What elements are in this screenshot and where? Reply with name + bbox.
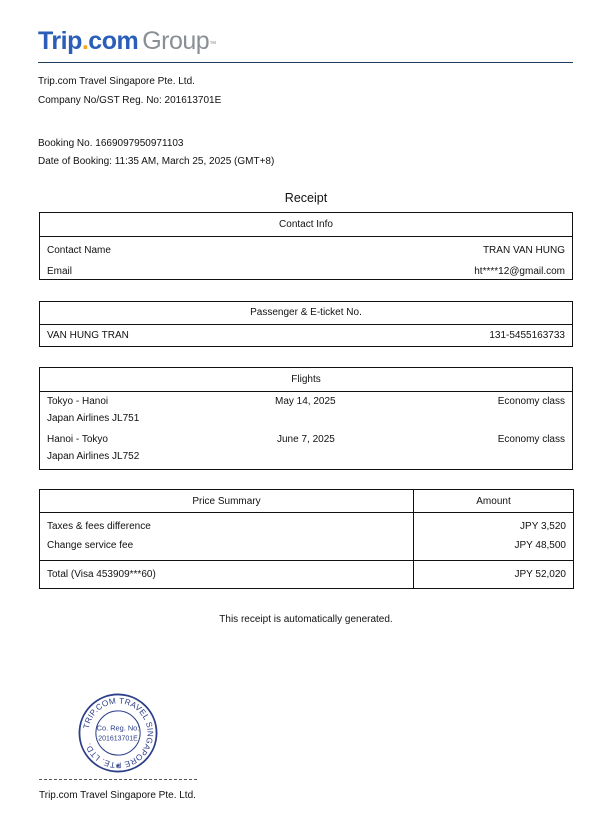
signature-company-name: Trip.com Travel Singapore Pte. Ltd. bbox=[39, 790, 196, 801]
email-value: ht****12@gmail.com bbox=[474, 262, 565, 281]
total-label: Total (Visa 453909***60) bbox=[40, 561, 414, 588]
flights-header: Flights bbox=[40, 368, 572, 392]
svg-text:201613701E: 201613701E bbox=[98, 735, 138, 742]
eticket-number: 131-5455163733 bbox=[489, 325, 565, 347]
booking-number: Booking No. 1669097950971103 bbox=[38, 138, 184, 150]
svg-text:★: ★ bbox=[115, 761, 121, 769]
contact-name-row: Contact Name TRAN VAN HUNG bbox=[40, 241, 572, 260]
logo-brand-suffix: com bbox=[88, 27, 138, 55]
logo-trademark: ™ bbox=[209, 41, 216, 48]
email-row: Email ht****12@gmail.com bbox=[40, 262, 572, 281]
flight-item: Tokyo - Hanoi May 14, 2025 Economy class… bbox=[40, 392, 572, 430]
flight-number: Japan Airlines JL752 bbox=[47, 451, 139, 462]
signature-line bbox=[39, 779, 197, 780]
flights-section: Flights Tokyo - Hanoi May 14, 2025 Econo… bbox=[39, 367, 573, 470]
passenger-header: Passenger & E-ticket No. bbox=[40, 302, 572, 325]
price-item-amount: JPY 48,500 bbox=[414, 536, 573, 555]
trip-com-group-logo: Trip.comGroup™ bbox=[38, 26, 216, 56]
price-amounts: JPY 3,520 JPY 48,500 bbox=[414, 513, 573, 561]
passenger-name: VAN HUNG TRAN bbox=[47, 325, 129, 347]
price-items: Taxes & fees difference Change service f… bbox=[40, 513, 414, 561]
email-label: Email bbox=[47, 262, 72, 281]
total-amount: JPY 52,020 bbox=[414, 561, 573, 588]
passenger-section: Passenger & E-ticket No. VAN HUNG TRAN 1… bbox=[39, 301, 573, 347]
contact-name-value: TRAN VAN HUNG bbox=[483, 241, 565, 260]
logo-brand: Trip bbox=[38, 27, 82, 55]
receipt-title: Receipt bbox=[0, 191, 589, 205]
price-item-label: Taxes & fees difference bbox=[40, 517, 413, 536]
passenger-row: VAN HUNG TRAN 131-5455163733 bbox=[40, 325, 572, 347]
auto-generated-note: This receipt is automatically generated. bbox=[0, 614, 589, 625]
flight-route: Hanoi - Tokyo bbox=[47, 434, 108, 445]
logo-group: Group bbox=[142, 27, 209, 55]
svg-text:Co. Reg. No:: Co. Reg. No: bbox=[97, 724, 140, 733]
price-summary-header: Price Summary bbox=[40, 490, 414, 513]
flight-date: May 14, 2025 bbox=[275, 396, 336, 407]
price-summary-table: Price Summary Amount Taxes & fees differ… bbox=[39, 489, 574, 589]
flight-class: Economy class bbox=[498, 434, 565, 445]
booking-date: Date of Booking: 11:35 AM, March 25, 202… bbox=[38, 156, 274, 168]
price-item-label: Change service fee bbox=[40, 536, 413, 555]
contact-name-label: Contact Name bbox=[47, 241, 111, 260]
header-divider bbox=[38, 62, 573, 63]
amount-header: Amount bbox=[414, 490, 573, 513]
flight-item: Hanoi - Tokyo June 7, 2025 Economy class… bbox=[40, 430, 572, 468]
flight-route: Tokyo - Hanoi bbox=[47, 396, 108, 407]
flight-number: Japan Airlines JL751 bbox=[47, 413, 139, 424]
company-reg-no: Company No/GST Reg. No: 201613701E bbox=[38, 95, 221, 107]
flight-class: Economy class bbox=[498, 396, 565, 407]
svg-text:TRIP.COM TRAVEL SINGAPORE PTE.: TRIP.COM TRAVEL SINGAPORE PTE. LTD. bbox=[82, 696, 155, 769]
company-stamp-icon: TRIP.COM TRAVEL SINGAPORE PTE. LTD. Co. … bbox=[77, 692, 159, 774]
contact-info-header: Contact Info bbox=[40, 213, 572, 237]
contact-info-section: Contact Info Contact Name TRAN VAN HUNG … bbox=[39, 212, 573, 280]
company-name: Trip.com Travel Singapore Pte. Ltd. bbox=[38, 76, 195, 88]
price-item-amount: JPY 3,520 bbox=[414, 517, 573, 536]
flight-date: June 7, 2025 bbox=[277, 434, 335, 445]
